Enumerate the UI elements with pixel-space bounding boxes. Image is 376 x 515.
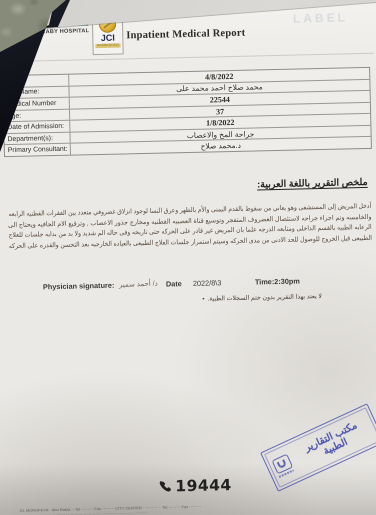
row-value: 4/8/2022 [205, 72, 234, 82]
phone-icon [159, 480, 171, 492]
label-watermark: LABEL [293, 10, 348, 25]
time-field: Time:2:30pm [255, 276, 300, 286]
validity-note: • لا يعتد بهذا التقرير بدون ختم السجلات … [202, 293, 322, 303]
document-photo: مستشفى العربي ELARABY HOSPITAL JCI ACCRE… [0, 0, 376, 515]
row-value: د.محمد صلاح [201, 141, 242, 151]
hotline-number: 19444 [175, 476, 232, 495]
time-label: Time: [255, 277, 275, 286]
page-title: Inpatient Medical Report [126, 28, 245, 42]
note-bullet: • [202, 296, 204, 303]
jci-accreditation-seal: JCI ACCREDITED [92, 12, 124, 55]
report-content: مستشفى العربي ELARABY HOSPITAL JCI ACCRE… [0, 0, 376, 515]
note-text: لا يعتد بهذا التقرير بدون ختم السجلات ال… [207, 293, 322, 303]
stamp-text: مكتب التقارير الطبية [291, 415, 376, 469]
summary-paragraph: أدخل المريض إلى المستشفى وهو يعاني من سق… [8, 202, 372, 252]
date-value: 2022/8\3 [193, 278, 222, 288]
header-divider [0, 53, 374, 63]
patient-info-table: Date: 4/8/2022 Full Name: محمد صلاح احمد… [2, 67, 372, 157]
physician-signature-name: د/ أحمد سمير [119, 279, 165, 289]
row-value: 1/8/2022 [206, 118, 235, 128]
time-value: 2:30pm [274, 276, 300, 286]
date-label: Date [166, 279, 182, 288]
physician-signature-label: Physician signature: [43, 281, 115, 292]
summary-section-title: ملخص التقرير باللغة العربية: [257, 177, 368, 191]
row-value: 37 [216, 107, 224, 116]
jci-accredited-label: ACCREDITED [95, 43, 121, 47]
row-value: 22544 [210, 95, 230, 104]
row-label: Primary Consultant: [5, 144, 71, 156]
footer-smallprint: EL MONOFEYA · Abu Rabia ·· Tel ·········… [20, 500, 376, 515]
row-value: جراحة المخ والاعصاب [187, 129, 255, 140]
paper-sheet: مستشفى العربي ELARABY HOSPITAL JCI ACCRE… [0, 0, 376, 515]
hotline-row: 19444 [7, 473, 376, 500]
